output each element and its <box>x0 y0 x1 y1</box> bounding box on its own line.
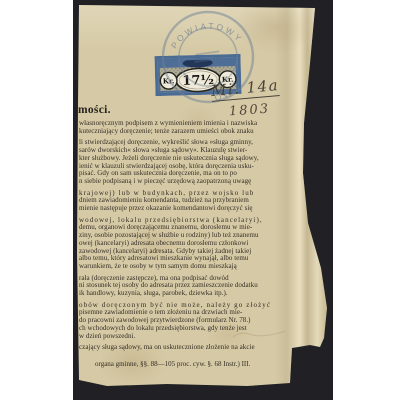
text-line: kuteczniający doręczenie; tenże zarazem … <box>79 128 315 136</box>
text-line: warunkiem, że te osoby w tym samym domu … <box>79 263 315 271</box>
document-heading: mości. <box>78 104 111 116</box>
postmark-date-lines <box>194 51 223 62</box>
paragraph: rała (doręczenie zastępcze), ma ona podp… <box>79 275 315 298</box>
screenshot-canvas: mości. własnoręcznym podpisem z wymienie… <box>0 0 400 400</box>
postmark-top-text: O POWIATOWY <box>159 16 247 65</box>
footer-reference-line: organa gminne, §§. 88—105 proc. cyw. §. … <box>95 360 250 368</box>
text-line: n siebie podpisaną i w pieczęć urzędową … <box>79 178 315 186</box>
scan-photo-background: mości. własnoręcznym podpisem z wymienie… <box>73 0 333 400</box>
document-paper: mości. własnoręcznym podpisem z wymienie… <box>77 3 330 389</box>
postmark-top-arc-text: O POWIATOWY <box>159 16 247 65</box>
paragraph: wodowej, lokalu przedsiębiorstwa (kancel… <box>79 217 315 271</box>
paragraph: krajowej) lub w budynkach, przez wojsko … <box>79 190 315 213</box>
faint-pencil-mark <box>227 323 299 347</box>
paragraph: własnoręcznym podpisem z wymienieniem im… <box>79 120 315 135</box>
text-line: ik handlowy, kuzynia, sługa, parobek, dz… <box>79 290 315 298</box>
document-text-block: własnoręcznym podpisem z wymienieniem im… <box>79 120 315 356</box>
paragraph: li stwierdzającej doręczenie, wykreślić … <box>79 139 315 185</box>
text-line: mienie następuje przez okazanie komendan… <box>79 205 315 213</box>
handwritten-number-note: 1803 <box>229 102 271 120</box>
